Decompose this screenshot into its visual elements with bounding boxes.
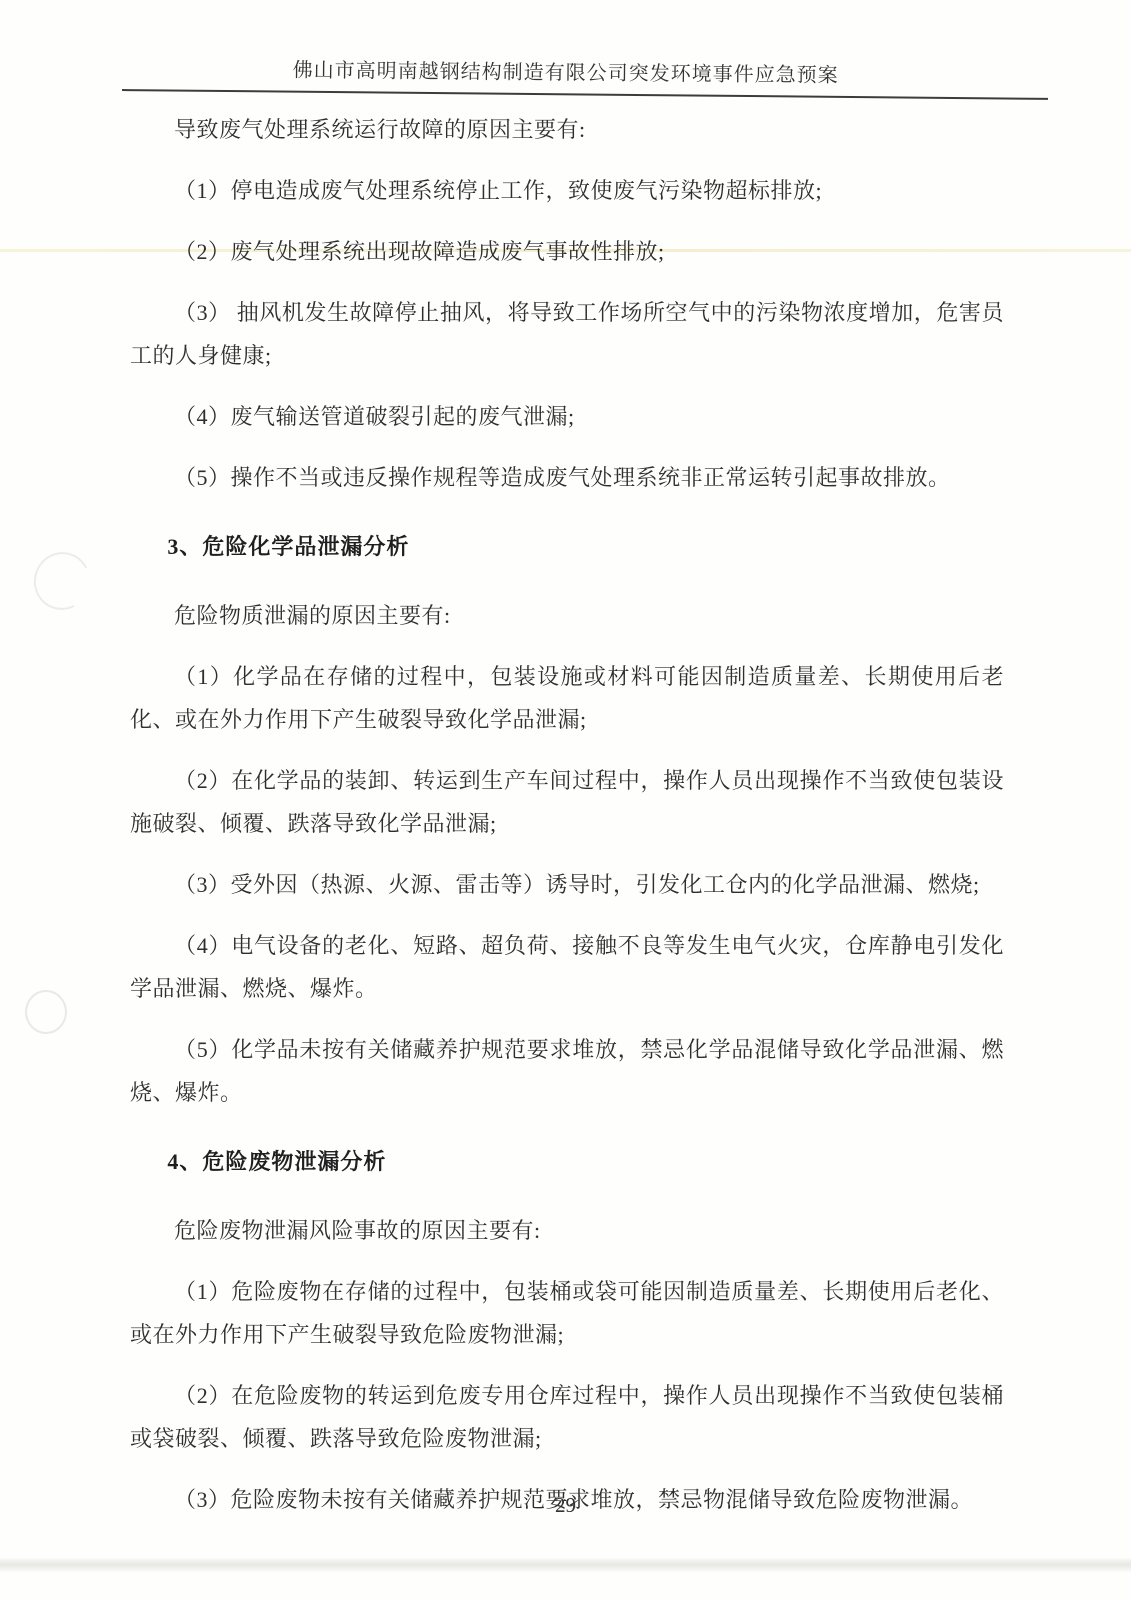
body-paragraph: （1）停电造成废气处理系统停止工作，致使废气污染物超标排放; <box>130 169 1004 212</box>
body-paragraph: 导致废气处理系统运行故障的原因主要有: <box>130 108 1004 151</box>
body-paragraph: （2）废气处理系统出现故障造成废气事故性排放; <box>130 230 1004 273</box>
scanned-document-page: 佛山市高明南越钢结构制造有限公司突发环境事件应急预案 导致废气处理系统运行故障的… <box>0 0 1131 1600</box>
document-body: 导致废气处理系统运行故障的原因主要有: （1）停电造成废气处理系统停止工作，致使… <box>130 90 1004 1539</box>
body-paragraph: （2）在化学品的装卸、转运到生产车间过程中，操作人员出现操作不当致使包装设施破裂… <box>130 759 1004 845</box>
scan-artifact-punch-hole-2 <box>25 990 67 1034</box>
section-heading-3: 3、危险化学品泄漏分析 <box>130 525 1004 568</box>
body-paragraph: 危险物质泄漏的原因主要有: <box>130 594 1004 637</box>
scan-artifact-punch-hole-1 <box>26 545 97 617</box>
body-paragraph: （2）在危险废物的转运到危废专用仓库过程中，操作人员出现操作不当致使包装桶或袋破… <box>130 1374 1004 1460</box>
body-paragraph: （5）化学品未按有关储藏养护规范要求堆放，禁忌化学品混储导致化学品泄漏、燃烧、爆… <box>130 1028 1004 1114</box>
body-paragraph: 危险废物泄漏风险事故的原因主要有: <box>130 1209 1004 1252</box>
body-paragraph: （4）电气设备的老化、短路、超负荷、接触不良等发生电气火灾，仓库静电引发化学品泄… <box>130 924 1004 1010</box>
body-paragraph: （3） 抽风机发生故障停止抽风，将导致工作场所空气中的污染物浓度增加，危害员工的… <box>130 291 1004 377</box>
body-paragraph: （4）废气输送管道破裂引起的废气泄漏; <box>130 395 1004 438</box>
page-number: 29 <box>0 1493 1131 1518</box>
body-paragraph: （5）操作不当或违反操作规程等造成废气处理系统非正常运转引起事故排放。 <box>130 456 1004 499</box>
scan-artifact-bottom-edge <box>0 1558 1131 1572</box>
section-heading-4: 4、危险废物泄漏分析 <box>130 1140 1004 1183</box>
body-paragraph: （1）化学品在存储的过程中，包装设施或材料可能因制造质量差、长期使用后老化、或在… <box>130 655 1004 741</box>
body-paragraph: （1）危险废物在存储的过程中，包装桶或袋可能因制造质量差、长期使用后老化、或在外… <box>130 1270 1004 1356</box>
body-paragraph: （3）受外因（热源、火源、雷击等）诱导时，引发化工仓内的化学品泄漏、燃烧; <box>130 863 1004 906</box>
header-title: 佛山市高明南越钢结构制造有限公司突发环境事件应急预案 <box>0 51 1131 91</box>
